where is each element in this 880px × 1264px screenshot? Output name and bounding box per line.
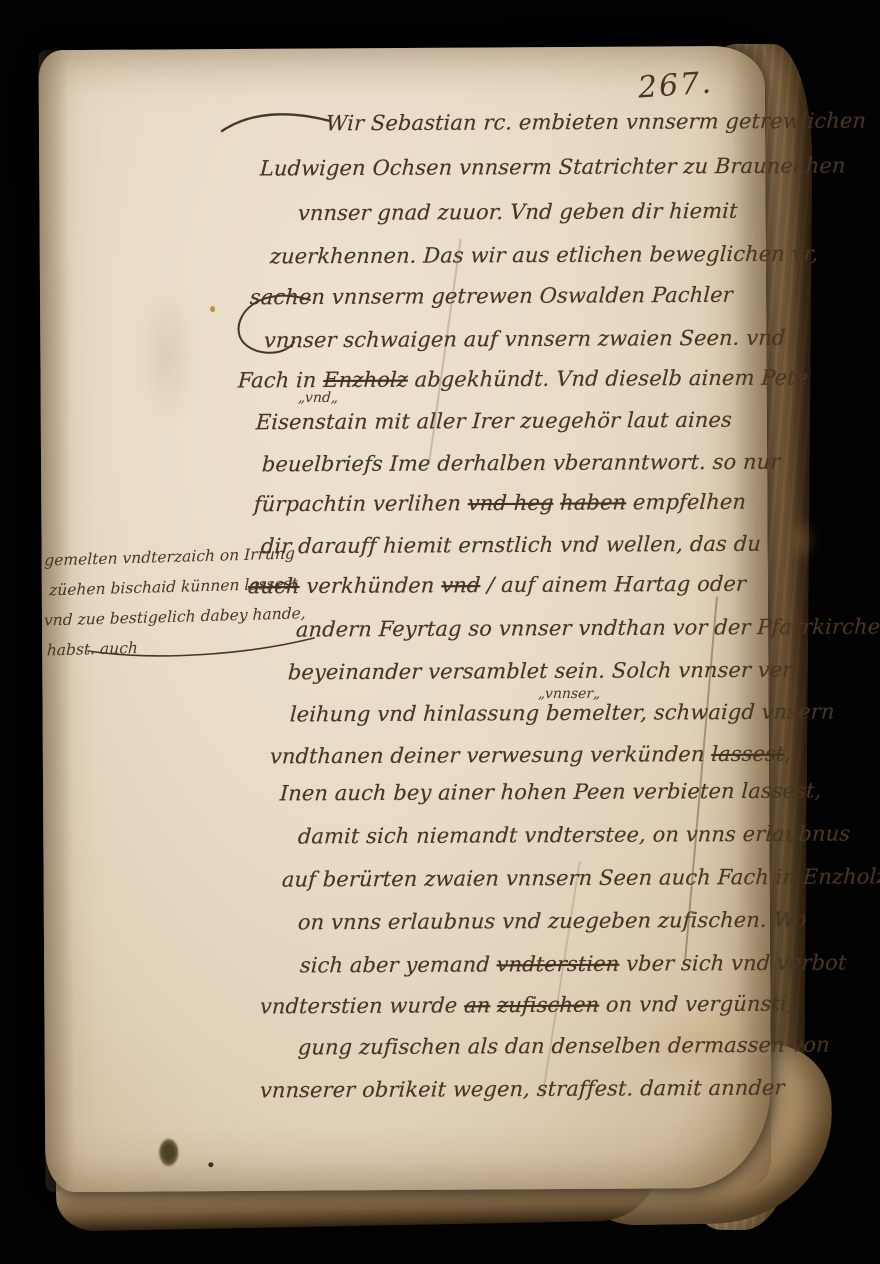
text-segment: sachen vnnserm getrewen Oswalden Pachler (249, 283, 733, 310)
text-segment: Inen auch bey ainer hohen Peen verbieten… (279, 779, 822, 806)
text-segment: zuerkhennen. Das wir aus etlichen bewegl… (269, 242, 819, 269)
text-segment: vnnser schwaigen auf vnnsern zwaien Seen… (263, 326, 786, 353)
text-segment: on vnns erlaubnus vnd zuegeben zufischen… (297, 908, 807, 935)
text-line: on vnns erlaubnus vnd zuegeben zufischen… (297, 908, 807, 935)
text-segment: , (784, 742, 792, 766)
text-segment: / auf ainem Hartag oder (480, 572, 747, 597)
ink-speck (208, 1162, 213, 1167)
text-segment: vndthanen deiner verwesung verkünden (269, 742, 712, 768)
text-line: Inen auch bey ainer hohen Peen verbieten… (279, 779, 822, 806)
text-segment: verkhünden (299, 573, 442, 598)
struck-text: haben (560, 490, 627, 514)
text-line: fürpachtin verlihen vnd heg haben empfel… (253, 490, 746, 517)
text-segment: dir darauff hiemit ernstlich vnd wellen,… (260, 532, 761, 559)
text-segment: auf berürten zwaien vnnsern Seen auch Fa… (281, 864, 880, 891)
foxing-stain (779, 507, 823, 573)
text-segment: andern Feyrtag so vnnser vndthan vor der… (295, 614, 880, 641)
text-segment: fürpachtin verlihen (253, 491, 468, 516)
text-line: Ludwigen Ochsen vnnserm Statrichter zu B… (259, 153, 846, 180)
text-line: Fach in Enzholz abgekhündt. Vnd dieselb … (237, 366, 808, 393)
text-line: leihung vnd hinlassung bemelter, schwaig… (289, 700, 835, 727)
text-line: sich aber yemand vndterstien vber sich v… (299, 951, 847, 978)
foxing-speck (210, 306, 215, 312)
text-line: sachen vnnserm getrewen Oswalden Pachler (249, 283, 733, 310)
text-line: Eisenstain mit aller Irer zuegehör laut … (255, 408, 732, 434)
text-segment: beuelbriefs Ime derhalben vberanntwort. … (261, 450, 781, 477)
interlinear-insertion: „vnnser„ (538, 686, 601, 702)
text-segment: Eisenstain mit aller Irer zuegehör laut … (255, 408, 732, 434)
text-segment: Ludwigen Ochsen vnnserm Statrichter zu B… (259, 153, 846, 180)
text-segment: gung zufischen als dan denselben dermass… (297, 1033, 830, 1060)
paper-smudge (132, 269, 203, 439)
text-line: vndterstien wurde an zufischen on vnd ve… (259, 992, 794, 1019)
folio-number: 267. (637, 65, 714, 105)
text-segment: Wir Sebastian rc. embieten vnnserm getre… (325, 109, 866, 136)
ink-blot (155, 1133, 182, 1171)
text-line: gung zufischen als dan denselben dermass… (297, 1033, 830, 1060)
pen-flourish-opening (220, 108, 334, 136)
text-segment: leihung vnd hinlassung bemelter, schwaig… (289, 700, 835, 727)
text-segment: vnnserer obrikeit wegen, straffest. dami… (259, 1076, 785, 1103)
struck-text: zufischen (497, 993, 600, 1018)
struck-text: lassest (711, 742, 785, 766)
text-line: damit sich niemandt vndterstee, on vnns … (297, 822, 850, 849)
text-segment: sich aber yemand (299, 952, 497, 977)
text-segment: vnnser gnad zuuor. Vnd geben dir hiemit (297, 199, 738, 225)
text-line: vnnser schwaigen auf vnnsern zwaien Seen… (263, 326, 786, 353)
text-line: dir darauff hiemit ernstlich vnd wellen,… (260, 532, 761, 559)
struck-text: vnd heg (467, 491, 554, 515)
interlinear-insertion: „vnd„ (298, 390, 339, 406)
text-segment: vber sich vnd verbot (619, 951, 847, 976)
text-line: vndthanen deiner verwesung verkünden las… (269, 742, 791, 769)
text-line: zuerkhennen. Das wir aus etlichen bewegl… (269, 242, 819, 269)
text-segment: Fach in (237, 368, 323, 392)
text-segment: abgekhündt. Vnd dieselb ainem Pete (407, 366, 808, 392)
text-segment: on vnd vergünsti, (599, 992, 794, 1017)
struck-text: an (464, 993, 491, 1017)
text-line: andern Feyrtag so vnnser vndthan vor der… (295, 614, 880, 641)
struck-text: vnd (441, 573, 481, 597)
text-line: beyeinander versamblet sein. Solch vnnse… (287, 658, 797, 685)
struck-text: vndterstien (496, 952, 620, 977)
text-line: auch verkhünden vnd / auf ainem Hartag o… (247, 572, 746, 599)
text-line: beuelbriefs Ime derhalben vberanntwort. … (261, 450, 781, 477)
struck-text: Enzholz (323, 368, 409, 392)
manuscript-photo: 267. Wir Sebastian rc. embieten vnnserm … (0, 0, 880, 1264)
text-line: Wir Sebastian rc. embieten vnnserm getre… (325, 109, 866, 136)
text-segment: empfelhen (626, 490, 747, 515)
text-line: auf berürten zwaien vnnsern Seen auch Fa… (281, 864, 880, 891)
margin-note-line: habst. auch (47, 639, 138, 660)
text-segment: beyeinander versamblet sein. Solch vnnse… (287, 658, 797, 685)
text-line: vnnserer obrikeit wegen, straffest. dami… (259, 1076, 785, 1103)
text-segment: vndterstien wurde (259, 993, 464, 1018)
text-segment: damit sich niemandt vndterstee, on vnns … (297, 822, 850, 849)
text-line: vnnser gnad zuuor. Vnd geben dir hiemit (297, 199, 738, 225)
